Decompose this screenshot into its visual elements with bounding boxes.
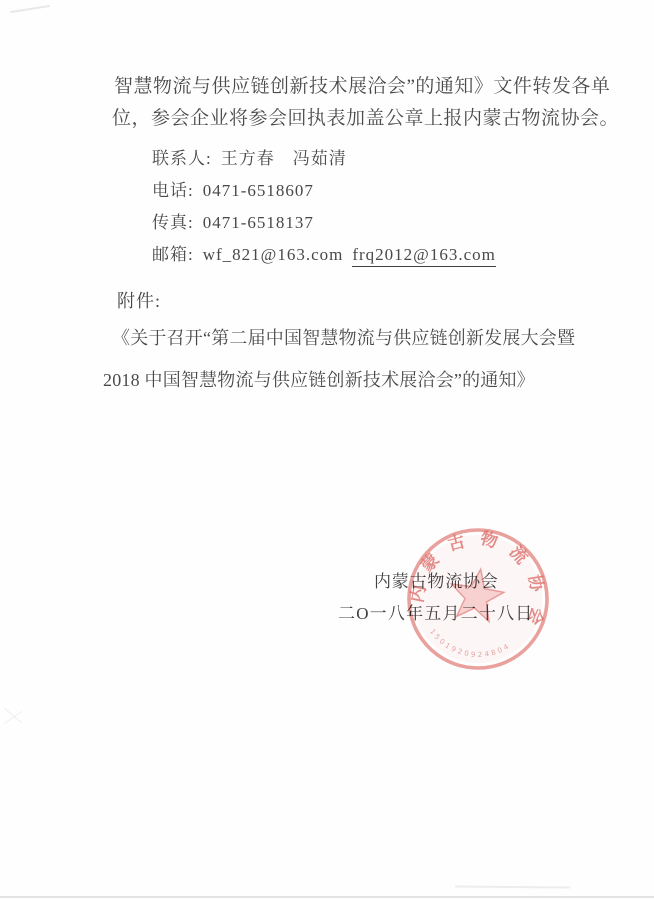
scan-scratch-top-left <box>10 5 50 13</box>
contact-fax-value: 0471-6518137 <box>203 213 314 232</box>
attachment-title-line-2: 2018 中国智慧物流与供应链创新技术展洽会”的通知》 <box>103 366 535 392</box>
scan-edge-line <box>0 896 654 898</box>
official-seal: 内蒙古物流协会 1501920924804 <box>391 512 565 686</box>
contact-fax-label: 传真: <box>152 213 194 232</box>
contact-phone-row: 电话:0471-6518607 <box>152 176 314 201</box>
contact-phone-value: 0471-6518607 <box>203 181 314 200</box>
contact-person-label: 联系人: <box>152 149 212 168</box>
contact-person-row: 联系人:王方春 冯茹清 <box>152 144 347 169</box>
contact-fax-row: 传真:0471-6518137 <box>152 208 314 233</box>
attachment-label: 附件: <box>117 287 161 313</box>
body-paragraph-line-1: 智慧物流与供应链创新技术展洽会”的通知》文件转发各单 <box>114 71 610 98</box>
contact-email-row: 邮箱:wf_821@163.comfrq2012@163.com <box>152 240 496 265</box>
contact-phone-label: 电话: <box>152 181 194 200</box>
contact-email-primary: wf_821@163.com <box>203 245 344 264</box>
contact-email-label: 邮箱: <box>152 245 194 264</box>
scanned-document-page: 智慧物流与供应链创新技术展洽会”的通知》文件转发各单 位，参会企业将参会回执表加… <box>0 0 654 899</box>
contact-email-secondary: frq2012@163.com <box>352 245 496 267</box>
body-paragraph-line-2: 位，参会企业将参会回执表加盖公章上报内蒙古物流协会。 <box>112 103 619 130</box>
attachment-title-line-1: 《关于召开“第二届中国智慧物流与供应链创新发展大会暨 <box>112 324 575 350</box>
contact-person-value: 王方春 冯茹清 <box>221 149 347 168</box>
scan-smudge-bottom-right <box>455 885 570 888</box>
